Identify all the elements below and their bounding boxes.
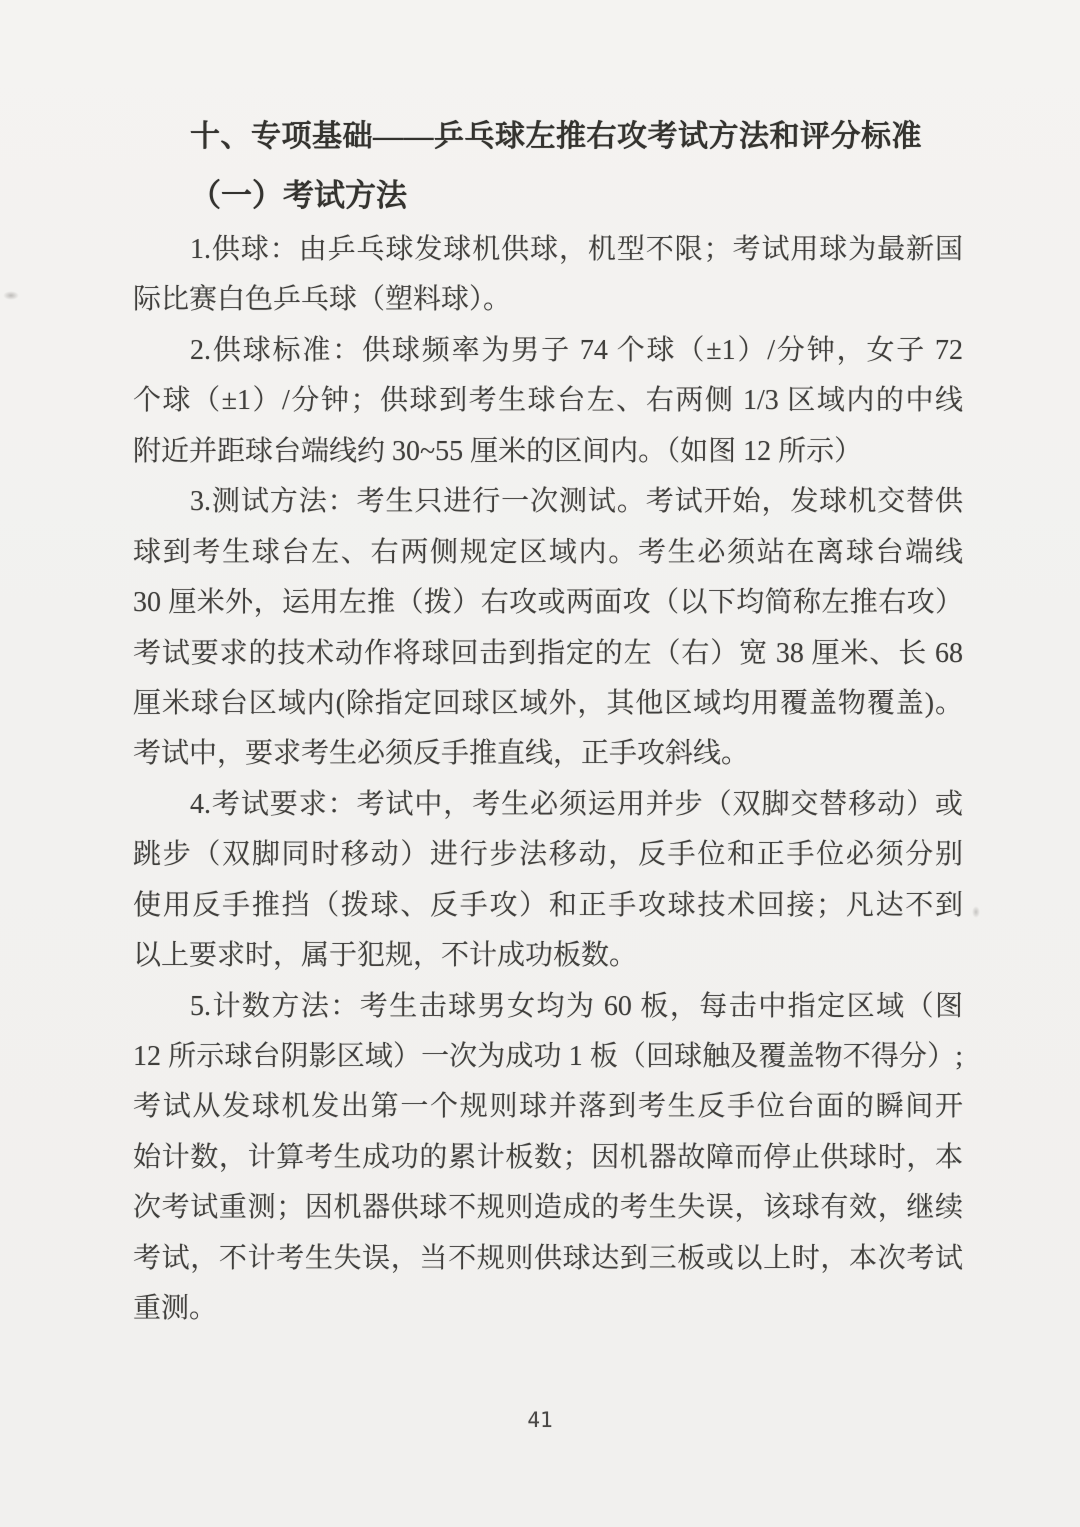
text-line: 际比赛白色乒乓球（塑料球）。 (133, 275, 963, 325)
text-line: 4.考试要求：考试中，考生必须运用并步（双脚交替移动）或 (133, 780, 963, 830)
text-line: 考试，不计考生失误，当不规则供球达到三板或以上时，本次考试 (133, 1234, 963, 1284)
text-line: 厘米球台区域内(除指定回球区域外，其他区域均用覆盖物覆盖)。 (133, 679, 963, 729)
text-line: 球到考生球台左、右两侧规定区域内。考生必须站在离球台端线 (133, 528, 963, 578)
text-line: 考试从发球机发出第一个规则球并落到考生反手位台面的瞬间开 (133, 1082, 963, 1132)
scan-smudge (972, 906, 980, 918)
text-line: 次考试重测；因机器供球不规则造成的考生失误，该球有效，继续 (133, 1183, 963, 1233)
scanned-document-page: 十、专项基础——乒乓球左推右攻考试方法和评分标准 （一）考试方法 1.供球：由乒… (0, 0, 1080, 1527)
text-line: 5.计数方法：考生击球男女均为 60 板，每击中指定区域（图 (133, 982, 963, 1032)
document-title: 十、专项基础——乒乓球左推右攻考试方法和评分标准 (133, 112, 973, 162)
text-line: 1.供球：由乒乓球发球机供球，机型不限；考试用球为最新国 (133, 225, 963, 275)
text-line: 以上要求时，属于犯规，不计成功板数。 (133, 931, 963, 981)
text-line: 个球（±1）/分钟；供球到考生球台左、右两侧 1/3 区域内的中线 (133, 376, 963, 426)
text-line: 使用反手推挡（拨球、反手攻）和正手攻球技术回接；凡达不到 (133, 881, 963, 931)
scan-smudge (3, 291, 19, 300)
text-line: 始计数，计算考生成功的累计板数；因机器故障而停止供球时，本 (133, 1133, 963, 1183)
text-line: 考试要求的技术动作将球回击到指定的左（右）宽 38 厘米、长 68 (133, 629, 963, 679)
paragraph: 3.测试方法：考生只进行一次测试。考试开始，发球机交替供球到考生球台左、右两侧规… (133, 477, 963, 780)
text-line: 12 所示球台阴影区域）一次为成功 1 板（回球触及覆盖物不得分）; (133, 1032, 963, 1082)
text-line: 重测。 (133, 1284, 963, 1334)
text-line: 30 厘米外，运用左推（拨）右攻或两面攻（以下均简称左推右攻） (133, 578, 963, 628)
body-text: 1.供球：由乒乓球发球机供球，机型不限；考试用球为最新国际比赛白色乒乓球（塑料球… (133, 225, 963, 1335)
text-line: 2.供球标准：供球频率为男子 74 个球（±1）/分钟，女子 72 (133, 326, 963, 376)
paragraph: 1.供球：由乒乓球发球机供球，机型不限；考试用球为最新国际比赛白色乒乓球（塑料球… (133, 225, 963, 326)
text-line: 3.测试方法：考生只进行一次测试。考试开始，发球机交替供 (133, 477, 963, 527)
page-number: 41 (0, 1408, 1080, 1432)
text-line: 附近并距球台端线约 30~55 厘米的区间内。（如图 12 所示） (133, 427, 963, 477)
paragraph: 5.计数方法：考生击球男女均为 60 板，每击中指定区域（图12 所示球台阴影区… (133, 982, 963, 1335)
paragraph: 4.考试要求：考试中，考生必须运用并步（双脚交替移动）或跳步（双脚同时移动）进行… (133, 780, 963, 982)
text-line: 考试中，要求考生必须反手推直线，正手攻斜线。 (133, 729, 963, 779)
paragraph: 2.供球标准：供球频率为男子 74 个球（±1）/分钟，女子 72个球（±1）/… (133, 326, 963, 477)
section-heading: （一）考试方法 (133, 172, 407, 220)
text-line: 跳步（双脚同时移动）进行步法移动，反手位和正手位必须分别 (133, 830, 963, 880)
